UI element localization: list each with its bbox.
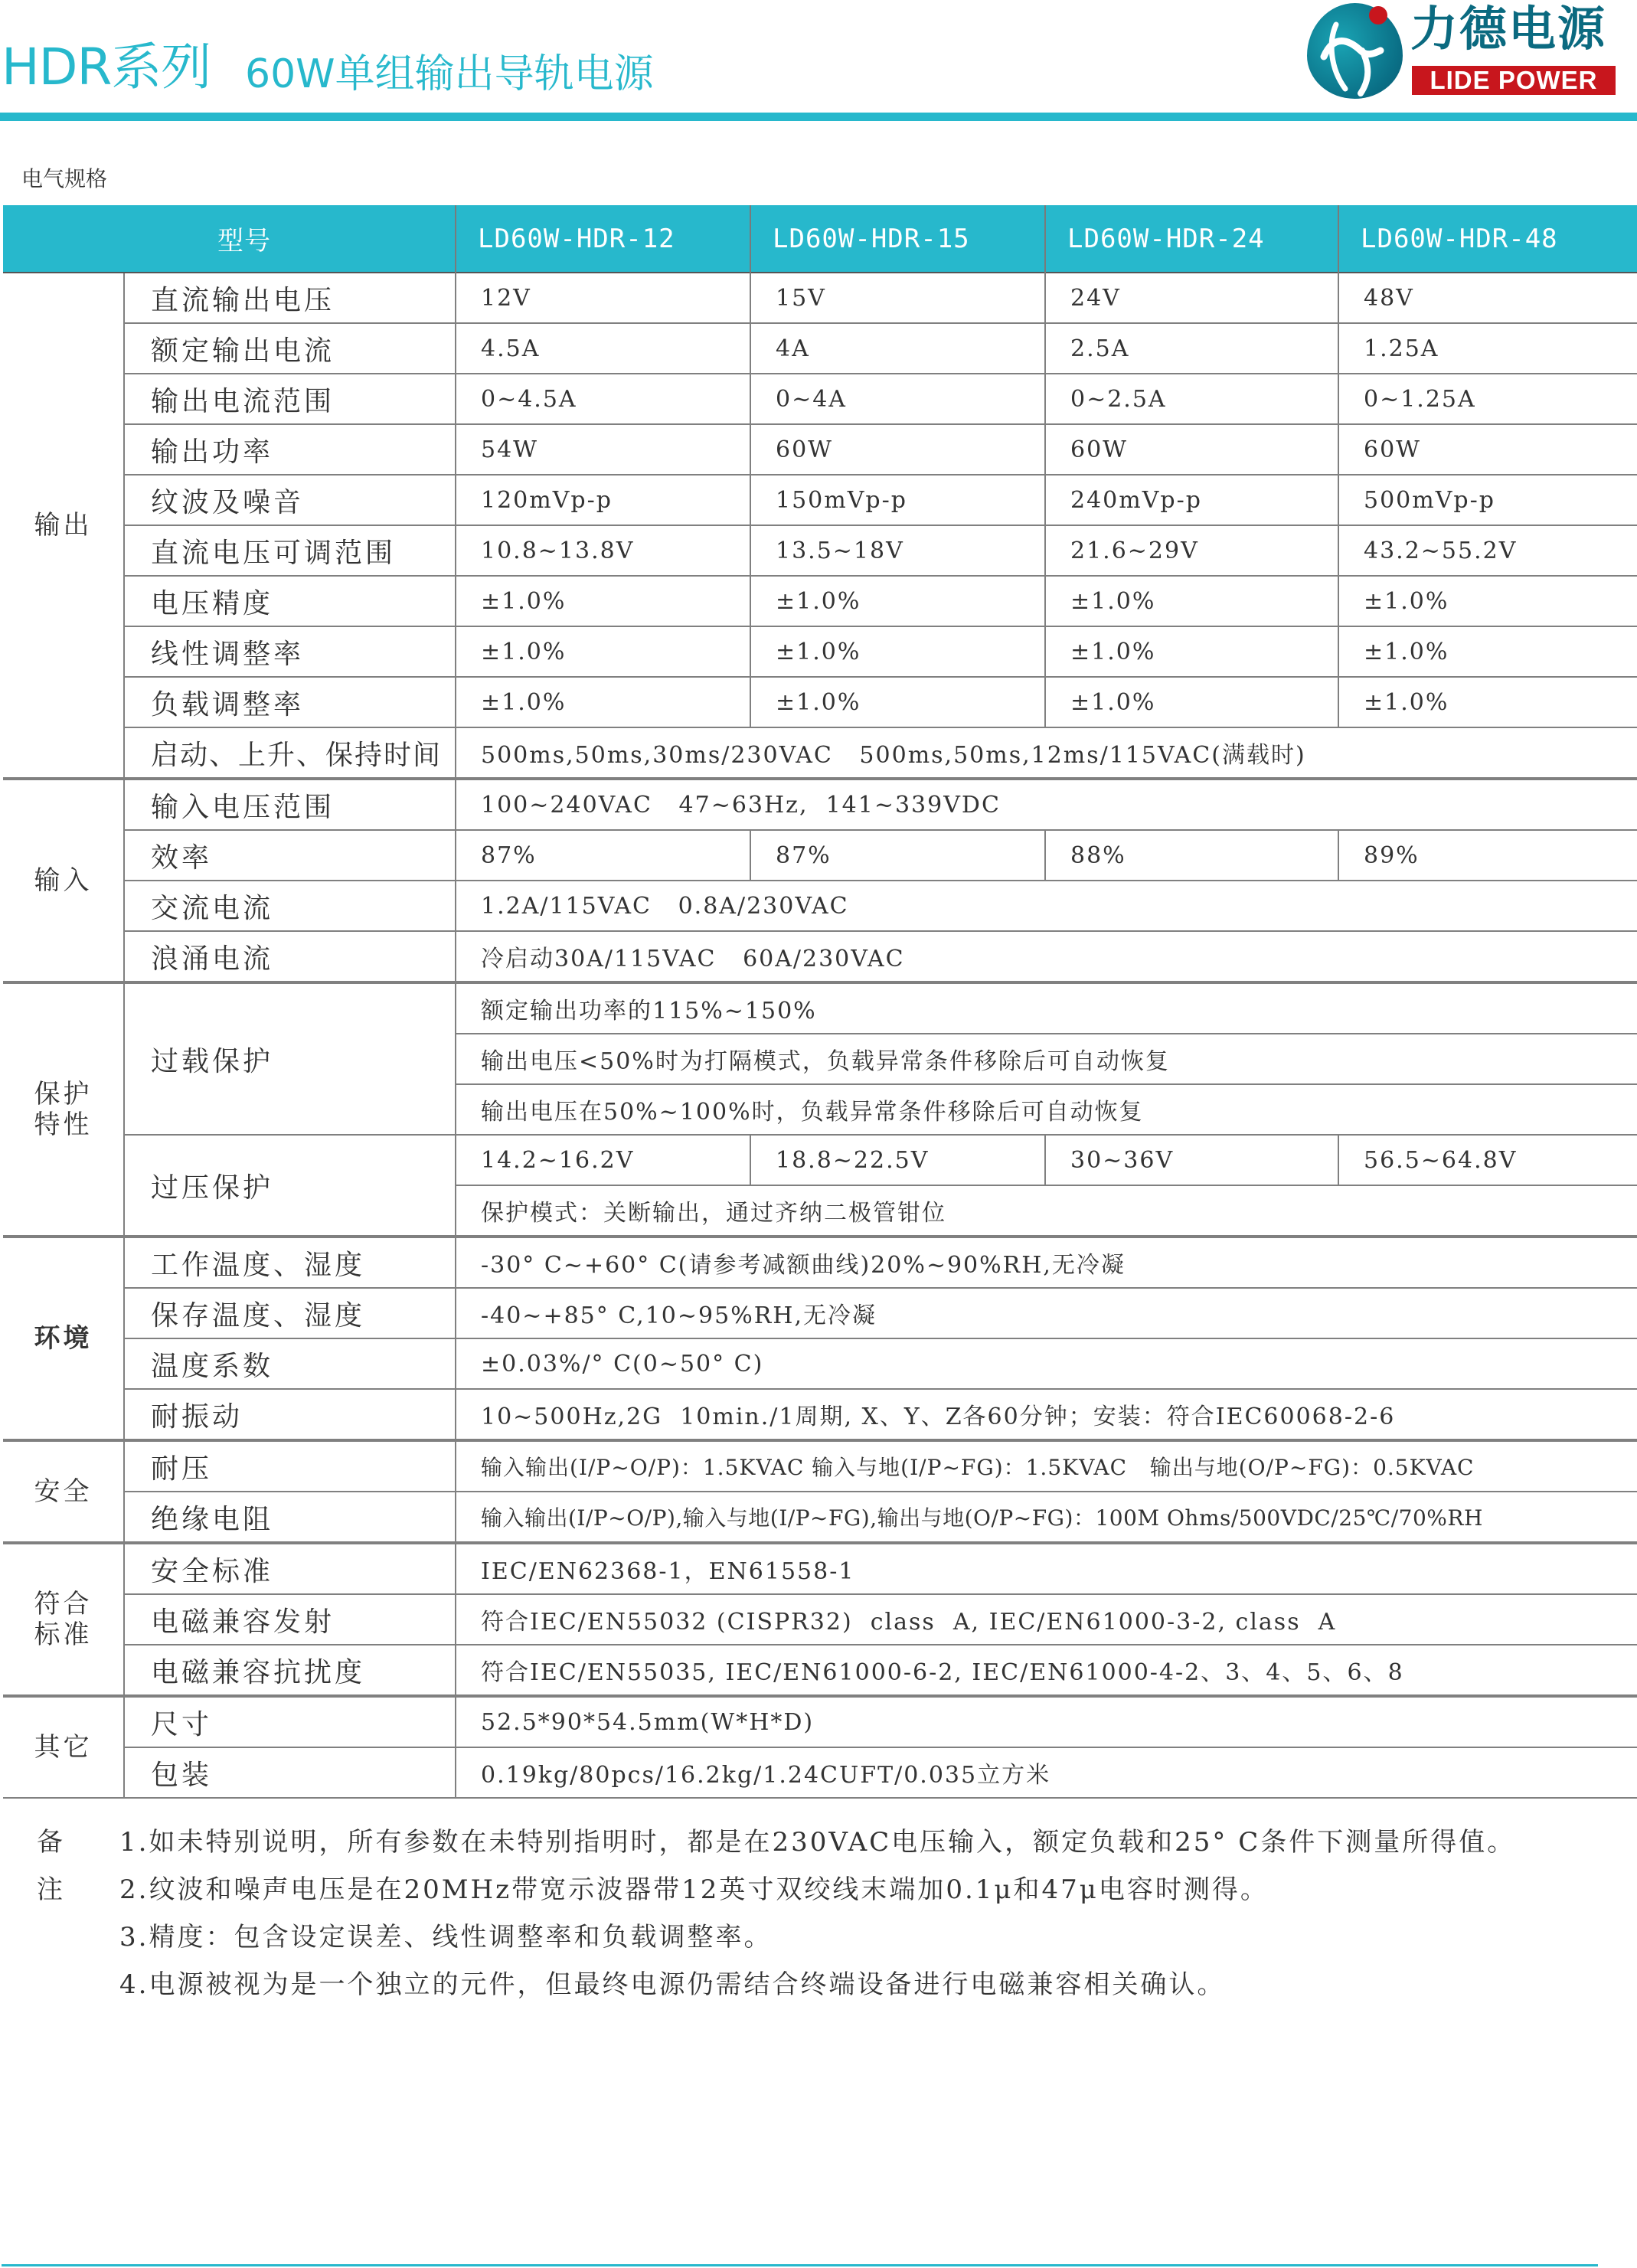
table-cell: 0~2.5A: [1045, 374, 1338, 424]
group-label-line: 特性: [3, 1109, 123, 1140]
table-row: 效率 87% 87% 88% 89%: [3, 830, 1637, 881]
param-label: 电压精度: [124, 576, 456, 626]
group-label-input: 输入: [3, 779, 124, 982]
table-cell: 18.8~22.5V: [750, 1135, 1045, 1185]
footer-divider: [2, 2264, 1598, 2266]
table-cell: 89%: [1338, 830, 1637, 881]
param-label: 效率: [124, 830, 456, 881]
note-item: 4.电源被视为是一个独立的元件，但最终电源仍需结合终端设备进行电磁兼容相关确认。: [119, 1961, 1515, 2008]
group-label-line: 保护: [3, 1079, 123, 1109]
notes-label: 备注: [37, 1819, 65, 1913]
param-label: 电磁兼容发射: [124, 1594, 456, 1645]
table-cell: ±1.0%: [456, 677, 750, 727]
param-label: 工作温度、湿度: [124, 1237, 456, 1288]
param-label: 纹波及噪音: [124, 475, 456, 525]
table-cell: 87%: [456, 830, 750, 881]
product-subtitle: 60W单组输出导轨电源: [245, 47, 654, 101]
brand-logo: 力德电源 LIDE POWER: [1302, 2, 1637, 100]
table-row: 启动、上升、保持时间 500ms,50ms,30ms/230VAC 500ms,…: [3, 727, 1637, 779]
model-header: LD60W-HDR-48: [1338, 205, 1637, 273]
table-cell: 150mVp-p: [750, 475, 1045, 525]
table-cell: 56.5~64.8V: [1338, 1135, 1637, 1185]
table-cell: -30° C~+60° C(请参考减额曲线)20%~90%RH,无冷凝: [456, 1237, 1637, 1288]
table-cell: 15V: [750, 273, 1045, 323]
table-cell: 冷启动30A/115VAC 60A/230VAC: [456, 931, 1637, 982]
brand-name-cn: 力德电源: [1410, 0, 1606, 60]
param-label: 过压保护: [124, 1135, 456, 1237]
table-cell: ±1.0%: [1338, 626, 1637, 677]
table-cell: 500mVp-p: [1338, 475, 1637, 525]
param-label: 输出电流范围: [124, 374, 456, 424]
table-cell: 48V: [1338, 273, 1637, 323]
group-label-output: 输出: [3, 273, 124, 779]
section-title: 电气规格: [21, 162, 107, 193]
lide-power-logo-icon: [1307, 3, 1403, 99]
series-title: HDR系列: [2, 37, 211, 98]
table-row: 符合 标准 安全标准 IEC/EN62368-1，EN61558-1: [3, 1543, 1637, 1594]
table-row: 环境 工作温度、湿度 -30° C~+60° C(请参考减额曲线)20%~90%…: [3, 1237, 1637, 1288]
table-cell: 60W: [1045, 424, 1338, 475]
table-cell: 30~36V: [1045, 1135, 1338, 1185]
table-cell: ±0.03%/° C(0~50° C): [456, 1338, 1637, 1389]
model-header: LD60W-HDR-15: [750, 205, 1045, 273]
table-row: 输出电流范围 0~4.5A 0~4A 0~2.5A 0~1.25A: [3, 374, 1637, 424]
param-label: 过载保护: [124, 982, 456, 1135]
param-label: 耐振动: [124, 1389, 456, 1440]
note-item: 3.精度：包含设定误差、线性调整率和负载调整率。: [119, 1913, 1515, 1961]
table-row: 直流电压可调范围 10.8~13.8V 13.5~18V 21.6~29V 43…: [3, 525, 1637, 576]
model-header: LD60W-HDR-24: [1045, 205, 1338, 273]
table-row: 负载调整率 ±1.0% ±1.0% ±1.0% ±1.0%: [3, 677, 1637, 727]
table-cell: 87%: [750, 830, 1045, 881]
table-row: 电压精度 ±1.0% ±1.0% ±1.0% ±1.0%: [3, 576, 1637, 626]
param-label: 交流电流: [124, 881, 456, 931]
table-cell: 14.2~16.2V: [456, 1135, 750, 1185]
table-cell: 60W: [1338, 424, 1637, 475]
table-row: 过压保护 14.2~16.2V 18.8~22.5V 30~36V 56.5~6…: [3, 1135, 1637, 1185]
table-cell: ±1.0%: [750, 626, 1045, 677]
header-divider: [0, 113, 1637, 121]
param-label: 输出功率: [124, 424, 456, 475]
table-cell: 43.2~55.2V: [1338, 525, 1637, 576]
param-label: 浪涌电流: [124, 931, 456, 982]
table-cell: ±1.0%: [456, 576, 750, 626]
param-label: 保存温度、湿度: [124, 1288, 456, 1338]
spec-table: 型号 LD60W-HDR-12 LD60W-HDR-15 LD60W-HDR-2…: [3, 205, 1637, 1799]
table-cell: 10.8~13.8V: [456, 525, 750, 576]
table-row: 交流电流 1.2A/115VAC 0.8A/230VAC: [3, 881, 1637, 931]
table-cell: 1.2A/115VAC 0.8A/230VAC: [456, 881, 1637, 931]
group-label-safety: 安全: [3, 1440, 124, 1543]
param-label: 电磁兼容抗扰度: [124, 1645, 456, 1696]
table-row: 浪涌电流 冷启动30A/115VAC 60A/230VAC: [3, 931, 1637, 982]
table-cell: 240mVp-p: [1045, 475, 1338, 525]
table-cell: 120mVp-p: [456, 475, 750, 525]
table-row: 保存温度、湿度 -40~+85° C,10~95%RH,无冷凝: [3, 1288, 1637, 1338]
param-label: 负载调整率: [124, 677, 456, 727]
param-label: 线性调整率: [124, 626, 456, 677]
brand-name-en: LIDE POWER: [1412, 66, 1616, 95]
param-label: 额定输出电流: [124, 323, 456, 374]
table-cell: 0~4A: [750, 374, 1045, 424]
table-cell: 1.25A: [1338, 323, 1637, 374]
group-label-others: 其它: [3, 1696, 124, 1798]
model-header: LD60W-HDR-12: [456, 205, 750, 273]
table-cell: 0~4.5A: [456, 374, 750, 424]
param-label: 启动、上升、保持时间: [124, 727, 456, 779]
group-label-environment: 环境: [3, 1237, 124, 1440]
logo-red-dot: [1369, 6, 1387, 25]
table-cell: 100~240VAC 47~63Hz, 141~339VDC: [456, 779, 1637, 830]
table-cell: ±1.0%: [1045, 626, 1338, 677]
group-label-protection: 保护 特性: [3, 982, 124, 1237]
group-label-standards: 符合 标准: [3, 1543, 124, 1696]
table-row: 绝缘电阻 输入输出(I/P~O/P),输入与地(I/P~FG),输出与地(O/P…: [3, 1492, 1637, 1543]
table-cell: 52.5*90*54.5mm(W*H*D): [456, 1696, 1637, 1747]
param-label: 直流输出电压: [124, 273, 456, 323]
table-cell: ±1.0%: [1338, 576, 1637, 626]
table-row: 电磁兼容发射 符合IEC/EN55032 (CISPR32) class A, …: [3, 1594, 1637, 1645]
table-cell: 500ms,50ms,30ms/230VAC 500ms,50ms,12ms/1…: [456, 727, 1637, 779]
group-label-line: 符合: [3, 1589, 123, 1619]
model-column-header: 型号: [3, 205, 456, 273]
table-row: 安全 耐压 输入输出(I/P~O/P)：1.5KVAC 输入与地(I/P~FG)…: [3, 1440, 1637, 1492]
table-cell: 输入输出(I/P~O/P)：1.5KVAC 输入与地(I/P~FG)：1.5KV…: [456, 1440, 1637, 1492]
param-label: 耐压: [124, 1440, 456, 1492]
group-label-line: 标准: [3, 1619, 123, 1650]
note-item: 2.纹波和噪声电压是在20MHz带宽示波器带12英寸双绞线末端加0.1μ和47μ…: [119, 1866, 1515, 1913]
table-row: 温度系数 ±0.03%/° C(0~50° C): [3, 1338, 1637, 1389]
table-cell: 21.6~29V: [1045, 525, 1338, 576]
param-label: 绝缘电阻: [124, 1492, 456, 1543]
table-cell: 54W: [456, 424, 750, 475]
note-item: 1.如未特别说明，所有参数在未特别指明时，都是在230VAC电压输入，额定负载和…: [119, 1819, 1515, 1866]
param-label: 输入电压范围: [124, 779, 456, 830]
table-cell: ±1.0%: [750, 576, 1045, 626]
table-cell: 输出电压在50%~100%时，负载异常条件移除后可自动恢复: [456, 1084, 1637, 1135]
table-row: 输出 直流输出电压 12V 15V 24V 48V: [3, 273, 1637, 323]
table-row: 保护 特性 过载保护 额定输出功率的115%~150%: [3, 982, 1637, 1034]
table-row: 纹波及噪音 120mVp-p 150mVp-p 240mVp-p 500mVp-…: [3, 475, 1637, 525]
param-label: 包装: [124, 1747, 456, 1798]
table-cell: -40~+85° C,10~95%RH,无冷凝: [456, 1288, 1637, 1338]
table-cell: 60W: [750, 424, 1045, 475]
table-cell: 4A: [750, 323, 1045, 374]
table-row: 输入 输入电压范围 100~240VAC 47~63Hz, 141~339VDC: [3, 779, 1637, 830]
table-row: 输出功率 54W 60W 60W 60W: [3, 424, 1637, 475]
table-cell: 10~500Hz,2G 10min./1周期, X、Y、Z各60分钟；安装：符合…: [456, 1389, 1637, 1440]
table-cell: ±1.0%: [1045, 576, 1338, 626]
table-cell: 保护模式：关断输出，通过齐纳二极管钳位: [456, 1185, 1637, 1237]
table-cell: ±1.0%: [750, 677, 1045, 727]
table-row: 额定输出电流 4.5A 4A 2.5A 1.25A: [3, 323, 1637, 374]
table-cell: IEC/EN62368-1，EN61558-1: [456, 1543, 1637, 1594]
table-row: 电磁兼容抗扰度 符合IEC/EN55035, IEC/EN61000-6-2, …: [3, 1645, 1637, 1696]
table-cell: 0~1.25A: [1338, 374, 1637, 424]
table-cell: 0.19kg/80pcs/16.2kg/1.24CUFT/0.035立方米: [456, 1747, 1637, 1798]
table-cell: ±1.0%: [1045, 677, 1338, 727]
table-cell: ±1.0%: [1338, 677, 1637, 727]
table-cell: 88%: [1045, 830, 1338, 881]
table-cell: 13.5~18V: [750, 525, 1045, 576]
table-row: 其它 尺寸 52.5*90*54.5mm(W*H*D): [3, 1696, 1637, 1747]
table-header-row: 型号 LD60W-HDR-12 LD60W-HDR-15 LD60W-HDR-2…: [3, 205, 1637, 273]
table-cell: 12V: [456, 273, 750, 323]
table-cell: 输入输出(I/P~O/P),输入与地(I/P~FG),输出与地(O/P~FG)：…: [456, 1492, 1637, 1543]
table-row: 耐振动 10~500Hz,2G 10min./1周期, X、Y、Z各60分钟；安…: [3, 1389, 1637, 1440]
table-cell: 符合IEC/EN55032 (CISPR32) class A, IEC/EN6…: [456, 1594, 1637, 1645]
table-cell: 输出电压<50%时为打隔模式，负载异常条件移除后可自动恢复: [456, 1034, 1637, 1084]
param-label: 直流电压可调范围: [124, 525, 456, 576]
table-cell: 额定输出功率的115%~150%: [456, 982, 1637, 1034]
table-cell: ±1.0%: [456, 626, 750, 677]
param-label: 尺寸: [124, 1696, 456, 1747]
table-cell: 符合IEC/EN55035, IEC/EN61000-6-2, IEC/EN61…: [456, 1645, 1637, 1696]
table-row: 线性调整率 ±1.0% ±1.0% ±1.0% ±1.0%: [3, 626, 1637, 677]
table-row: 包装 0.19kg/80pcs/16.2kg/1.24CUFT/0.035立方米: [3, 1747, 1637, 1798]
table-cell: 4.5A: [456, 323, 750, 374]
param-label: 温度系数: [124, 1338, 456, 1389]
param-label: 安全标准: [124, 1543, 456, 1594]
table-cell: 24V: [1045, 273, 1338, 323]
notes-list: 1.如未特别说明，所有参数在未特别指明时，都是在230VAC电压输入，额定负载和…: [119, 1819, 1515, 2008]
table-cell: 2.5A: [1045, 323, 1338, 374]
